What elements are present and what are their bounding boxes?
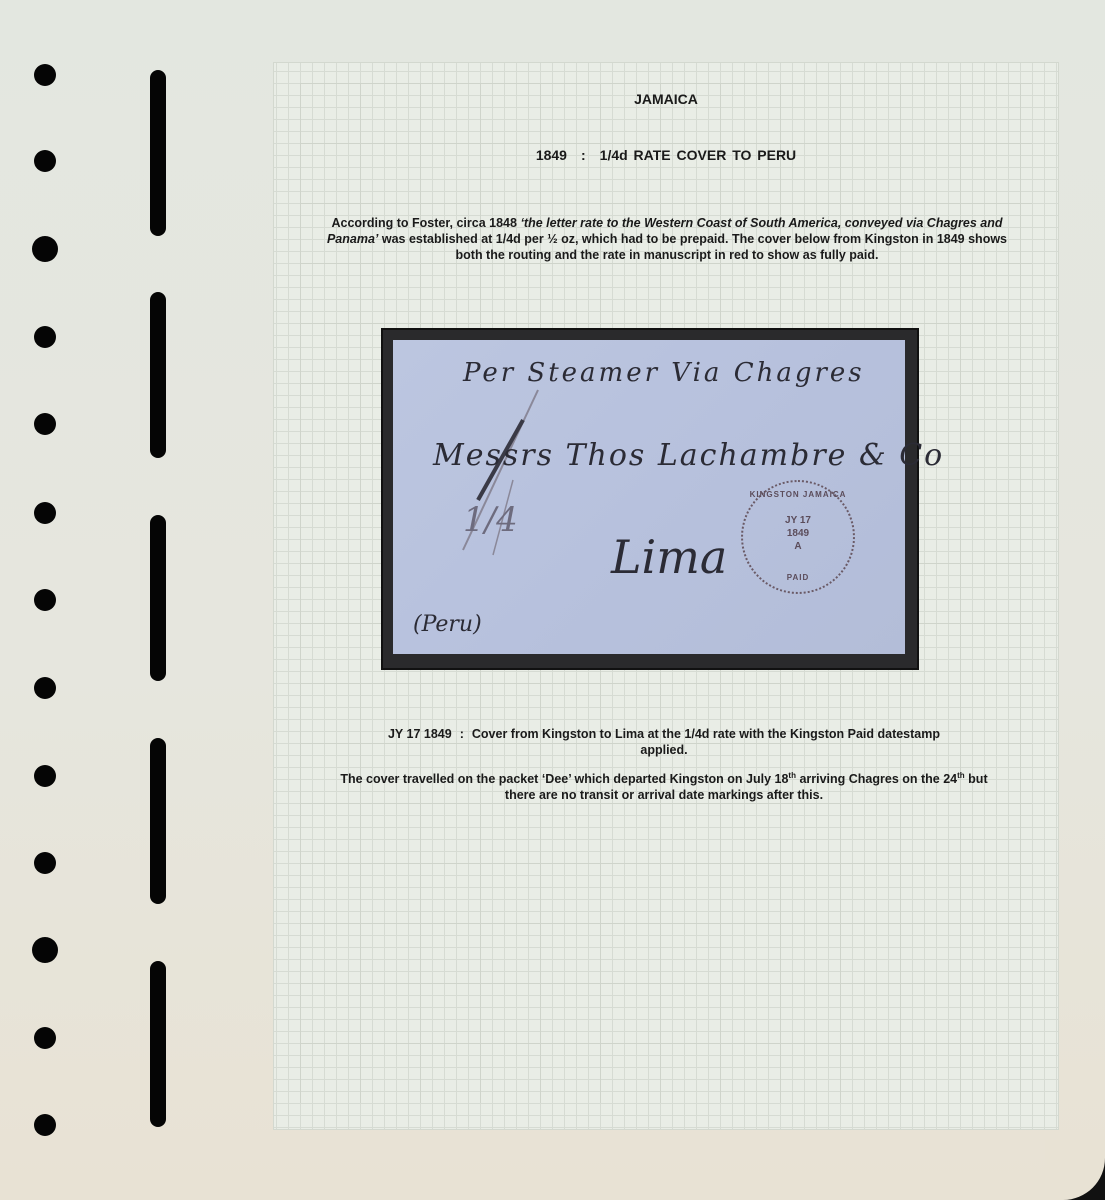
manuscript-rate: 1/4 — [463, 500, 518, 540]
intro-rest: was established at 1/4d per ½ oz, which … — [378, 232, 1007, 262]
manuscript-addressee: Messrs Thos Lachambre & Co — [433, 438, 944, 473]
binder-hole — [34, 765, 56, 787]
postal-cover: Per Steamer Via Chagres Messrs Thos Lach… — [393, 340, 905, 654]
manuscript-city: Lima — [611, 530, 727, 584]
ordinal-suffix: th — [788, 771, 796, 780]
caption-separator: : — [460, 727, 464, 741]
binder-hole — [34, 1027, 56, 1049]
heading-title: 1/4d RATE COVER TO PERU — [600, 147, 797, 163]
binder-hole — [34, 64, 56, 86]
binder-hole — [34, 589, 56, 611]
heading-separator: : — [581, 147, 586, 163]
datestamp-year: 1849 — [743, 527, 853, 540]
datestamp-code: A — [743, 540, 853, 553]
binder-hole — [34, 413, 56, 435]
binder-hole — [34, 1114, 56, 1136]
binder-hole — [34, 502, 56, 524]
intro-lead: According to Foster, circa 1848 — [331, 216, 520, 230]
packet-note-part2: arriving Chagres on the 24 — [796, 772, 957, 786]
binder-hole — [34, 677, 56, 699]
intro-paragraph: According to Foster, circa 1848 ‘the let… — [312, 215, 1022, 263]
manuscript-country: (Peru) — [413, 612, 482, 637]
packet-note: The cover travelled on the packet ‘Dee’ … — [334, 771, 994, 803]
datestamp-date: JY 17 — [743, 514, 853, 527]
caption-date: JY 17 1849 — [388, 727, 452, 741]
binder-slot — [150, 515, 166, 681]
kingston-paid-datestamp: KINGSTON JAMAICA JY 17 1849 A PAID — [741, 480, 855, 594]
binder-slot — [150, 738, 166, 904]
binder-hole — [34, 150, 56, 172]
heading-year: 1849 — [536, 147, 567, 163]
packet-note-part1: The cover travelled on the packet ‘Dee’ … — [340, 772, 788, 786]
binder-hole — [34, 852, 56, 874]
binder-hole — [32, 937, 58, 963]
exhibit-sheet: JAMAICA 1849:1/4d RATE COVER TO PERU Acc… — [273, 62, 1059, 1130]
datestamp-center: JY 17 1849 A — [743, 514, 853, 553]
cover-mount: Per Steamer Via Chagres Messrs Thos Lach… — [381, 328, 919, 670]
page-heading: 1849:1/4d RATE COVER TO PERU — [274, 147, 1058, 163]
binder-hole — [32, 236, 58, 262]
binder-slot — [150, 961, 166, 1127]
binder-slot — [150, 70, 166, 236]
binder-slot — [150, 292, 166, 458]
ordinal-suffix: th — [957, 771, 965, 780]
caption-text: Cover from Kingston to Lima at the 1/4d … — [472, 727, 940, 757]
country-title: JAMAICA — [274, 91, 1058, 107]
datestamp-ring-bottom: PAID — [743, 571, 853, 584]
cover-caption: JY 17 1849:Cover from Kingston to Lima a… — [384, 726, 944, 758]
page-corner — [1045, 1140, 1105, 1200]
rate-manuscript-strokes — [443, 380, 563, 570]
manuscript-route: Per Steamer Via Chagres — [463, 358, 865, 388]
datestamp-ring-top: KINGSTON JAMAICA — [743, 488, 853, 501]
binder-hole — [34, 326, 56, 348]
